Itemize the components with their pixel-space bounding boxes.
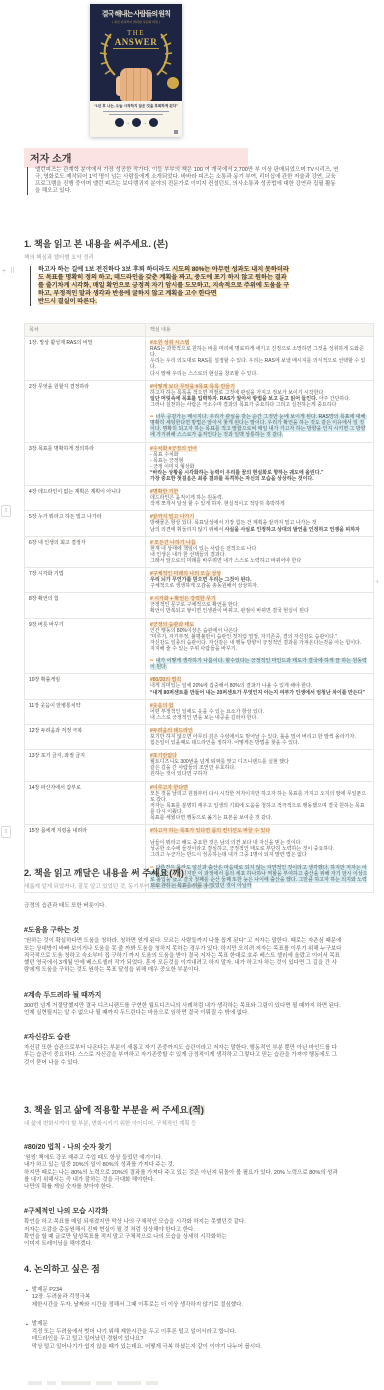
chapter-title-cell[interactable]: 12장 두려움과 걱정 극복 bbox=[25, 724, 146, 749]
table-header-row: 목차 핵심 내용 bbox=[25, 324, 374, 337]
table-row: 6장 내 인생의 최고 결정자 # 모든건 나하기 나름현재 내 상태에 책임이… bbox=[25, 536, 374, 567]
section1-subtitle[interactable]: 책의 핵심과 챕터별 요약 정리 bbox=[24, 253, 364, 261]
arrow-icon: → bbox=[126, 120, 130, 125]
diagram-circle bbox=[115, 118, 124, 127]
diagram-circle bbox=[132, 118, 141, 127]
chapter-content-cell[interactable]: #웃음의 힘어떤 부정적인 일에도 웃을 수 있는 요소가 항상 있다.내 스스… bbox=[146, 699, 374, 724]
fist-graphic bbox=[120, 68, 152, 101]
chapter-content-cell[interactable]: #끝까지 밀고 나가기방해물은 항상 있다. 목표달성에서 가장 힘든 건 계획… bbox=[146, 511, 374, 536]
chapter-title-cell[interactable]: 8장 확언의 힘 bbox=[25, 593, 146, 618]
table-row: 5장 누가 뭐라고 하든 밀고 나가라 #끝까지 밀고 나가기방해물은 항상 있… bbox=[25, 511, 374, 536]
arrow-icon: → bbox=[143, 120, 147, 125]
chapter-title-cell[interactable]: 2장 무엇을 원할지 결정하라 bbox=[25, 380, 146, 442]
book-cover-front: 결국 해내는 사람들의 원칙 | 최신 뇌과학이 밝혀낸 성공의 비밀 | TH… bbox=[90, 4, 182, 101]
book-cover-image[interactable]: 결국 해내는 사람들의 원칙 | 최신 뇌과학이 밝혀낸 성공의 비밀 | TH… bbox=[90, 4, 182, 137]
summary-callout-block[interactable]: 하고자 하는 길에 1보 전진하다 3보 후퇴 하더라도 시도의 80%는 아무… bbox=[30, 266, 354, 306]
note-block[interactable]: #도움을 구하는 것 “원하는 것이 확실하다면 도움을 청하라. 청하면 얻게… bbox=[24, 925, 342, 974]
chapter-title-cell[interactable]: 14장 파산자에서 갑부로 bbox=[25, 781, 146, 825]
chapter-content-cell[interactable]: #구체적인 미래의 나의 모습 상상우리 뇌가 무언가를 믿으면 우리는 그것이… bbox=[146, 568, 374, 593]
table-row: 1장. 망상 활성계 RAS의 비밀 #소원 성취 시스템RAS는 과학적으로 … bbox=[25, 337, 374, 381]
table-row: 12장 두려움과 걱정 극복 #두려움의 데드라인포기만 하지 않으면 아무리 … bbox=[25, 724, 374, 749]
note-block[interactable]: #80/20 법칙 - 나의 숫자 찾기 ‘원씽’ 책에도 강조 해주고 수업 … bbox=[24, 1142, 342, 1191]
chapter-content-cell[interactable]: #포기란없다월트디즈니도 300번을 넘게 퇴짜를 맞고 디즈니랜드를 실현 했… bbox=[146, 750, 374, 781]
chapter-title-cell[interactable]: 11장 웃음이 만병통치약 bbox=[25, 699, 146, 724]
cut-off-text-line bbox=[28, 1381, 158, 1385]
table-row: 13장 포기 금지, 좌절 금지 #포기란없다월트디즈니도 300번을 넘게 퇴… bbox=[25, 750, 374, 781]
chapter-title-cell[interactable]: 13장 포기 금지, 좌절 금지 bbox=[25, 750, 146, 781]
chapter-content-cell[interactable]: #소원 성취 시스템RAS는 과학적으로 원하는 바를 머리에 명료하게 새기고… bbox=[146, 337, 374, 381]
chapter-content-cell[interactable]: # 모든건 나하기 나름현재 내 상태에 책임이 있는 사람은 전적으로 나다내… bbox=[146, 536, 374, 567]
note-block[interactable]: #자신감도 습관 자신감 또한 습관으로부터 나온다는 부분이 새롭고 자기 존… bbox=[24, 1032, 342, 1067]
section3-title[interactable]: 3. 책을 읽고 삶에 적용할 부분을 써 주세요(적) bbox=[24, 1103, 342, 1116]
section2-intro[interactable]: 긍정의 습관과 태도 또한 버릇이다. bbox=[24, 903, 342, 910]
chapter-content-cell[interactable]: #이루고자 한다면모든 것을 날리고 원점부터 다시 시작한 저자이지만 하고자… bbox=[146, 781, 374, 825]
chapter-content-cell[interactable]: #긍정의 습관과 태도인간 행동의 80%이상은 습관에서 나온다“미루기, 자… bbox=[146, 618, 374, 674]
list-item-text: 발제문 P23412장. 두려움과 걱정극복제한시간을 두자. 날짜와 시간을 … bbox=[32, 1287, 243, 1309]
table-row: 11장 웃음이 만병통치약 #웃음의 힘어떤 부정적인 일에도 웃을 수 있는 … bbox=[25, 699, 374, 724]
note-block[interactable]: #계속 두드려라 될 때까지 300번 넘게 거절당했지만 결국 디즈니랜드를 … bbox=[24, 990, 342, 1018]
note-heading: #80/20 법칙 - 나의 숫자 찾기 bbox=[24, 1142, 342, 1152]
table-row: 4장 데드라인이 없는 계획은 계획이 아니다 #명확한 기한데드라인은 움직이… bbox=[25, 486, 374, 511]
section3-subtitle[interactable]: 내 삶에 변화시켜야 할 부분, 변화시키기 위한 아이디어, 구체적인 계획 … bbox=[24, 1119, 342, 1127]
cover-diagram: →→ bbox=[90, 118, 182, 127]
add-column-icon[interactable]: + bbox=[375, 577, 380, 586]
note-body: 자신감 또한 습관으로부터 나온다는 부분이 새롭고 자기 존중까지도 습관이라… bbox=[24, 1045, 342, 1067]
chapter-title-cell[interactable]: 3장 목표를 명확하게 정의하라 bbox=[25, 442, 146, 486]
section2-title-text: 2. 책을 읽고 깨달은 내용을 써 주세요 bbox=[24, 868, 168, 878]
cover-quote: “1년 후 나는, 오늘 시작하지 않은 것을 후회하게 된다” bbox=[90, 104, 182, 109]
table-row: 3장 목표를 명확하게 정의하라 #수치화 #긍정의 언어- 목표 수치화- 목… bbox=[25, 442, 374, 486]
table-drag-handle-icon[interactable]: ⠿ bbox=[1, 505, 11, 517]
chapter-title-cell[interactable]: 5장 누가 뭐라고 하든 밀고 나가라 bbox=[25, 511, 146, 536]
diagram-circle bbox=[149, 118, 158, 127]
drag-handle-icon[interactable]: ⠿ bbox=[10, 268, 16, 275]
list-item[interactable]: ▪ 발제문걱정 또는 두려움에서 벗어 나기 위해 제한시간을 두고 이후론 털… bbox=[24, 1321, 352, 1351]
note-heading: #도움을 구하는 것 bbox=[24, 925, 342, 935]
publisher-mark bbox=[174, 130, 178, 134]
table-row: 2장 무엇을 원할지 결정하라 #어떻게 보다 무엇을 #목표 목록 만들기하고… bbox=[25, 380, 374, 442]
chapter-content-cell[interactable]: #두려움의 데드라인포기만 하지 않으면 아무리 깊은 수렁에서도 벗어날 수 … bbox=[146, 724, 374, 749]
chapter-content-cell[interactable]: #명확한 기한데드라인은 움직이게 하는 원동력.작게 쪼개서 달성 할 수 있… bbox=[146, 486, 374, 511]
cover-fineprint-line bbox=[109, 114, 163, 115]
section1-title[interactable]: 1. 책을 읽고 본 내용을 써주세요. (본) bbox=[24, 237, 364, 250]
section2-subtitle[interactable]: 새롭게 알게 되었거나, 잘못 알고 있었던 것, 동기부여 받은 거, 가치관… bbox=[24, 882, 342, 890]
book-cover-bottom: “1년 후 나는, 오늘 시작하지 않은 것을 후회하게 된다” →→ bbox=[90, 101, 182, 137]
table-row: 8장 확언의 힘 # 시각화 + 확언은 강력한 무기긍정적인 문구로 구체적으… bbox=[25, 593, 374, 618]
list-item[interactable]: ▪ 발제문 P23412장. 두려움과 걱정극복제한시간을 두자. 날짜와 시간… bbox=[24, 1287, 352, 1309]
chapter-content-cell[interactable]: #어떻게 보다 무엇을 #목표 목록 만들기하고자 하는 목록을 적으면 저절로… bbox=[146, 380, 374, 442]
chapter-title-cell[interactable]: 4장 데드라인이 없는 계획은 계획이 아니다 bbox=[25, 486, 146, 511]
chapter-title-cell[interactable]: 10장 확률게임 bbox=[25, 674, 146, 699]
section3-title-tag: (적) bbox=[188, 1105, 205, 1115]
note-block[interactable]: #구체적인 나의 모습 시각화 확언을 하고 목표를 매일 되새겼지만 막상 나… bbox=[24, 1206, 342, 1248]
table-drag-handle-icon[interactable]: ⠿ bbox=[1, 826, 11, 838]
cover-fineprint-line bbox=[103, 111, 169, 112]
chapter-title-cell[interactable]: 9장 버릇 바꾸기 bbox=[25, 618, 146, 674]
bullet-icon: ▪ bbox=[26, 1322, 28, 1351]
book-subtitle: | 최신 뇌과학이 밝혀낸 성공의 비밀 | bbox=[90, 20, 182, 24]
section1-header: 1. 책을 읽고 본 내용을 써주세요. (본) 책의 핵심과 챕터별 요약 정… bbox=[24, 237, 364, 261]
note-body: ‘원씽’ 책에도 강조 해주고 수업 때도 항상 들었던 얘기이다.내가 하고 … bbox=[24, 1155, 342, 1191]
section2-title[interactable]: 2. 책을 읽고 깨달은 내용을 써 주세요(깨) bbox=[24, 866, 342, 879]
chapter-content-cell[interactable]: #80/20의 법칙내게 의미있는 일에 20%에 집중해서 80%의 결과가 … bbox=[146, 674, 374, 699]
note-heading: #구체적인 나의 모습 시각화 bbox=[24, 1206, 342, 1216]
section3-title-text: 3. 책을 읽고 삶에 적용할 부분을 써 주세요 bbox=[24, 1105, 188, 1115]
list-item-text: 발제문걱정 또는 두려움에서 벗어 나기 위해 제한시간을 두고 이후론 털고 … bbox=[32, 1321, 262, 1351]
chapter-title-cell[interactable]: 6장 내 인생의 최고 결정자 bbox=[25, 536, 146, 567]
table-header-content[interactable]: 핵심 내용 bbox=[146, 324, 374, 337]
chapter-summary-table: 목차 핵심 내용 1장. 망상 활성계 RAS의 비밀 #소원 성취 시스템RA… bbox=[24, 323, 374, 893]
note-body: 300번 넘게 거절당했지만 결국 디즈니랜드를 구현한 월트디즈니의 사례처럼… bbox=[24, 1003, 342, 1018]
section4-title[interactable]: 4. 논의하고 싶은 점 bbox=[24, 1262, 352, 1275]
section3: 3. 책을 읽고 삶에 적용할 부분을 써 주세요(적) 내 삶에 변화시켜야 … bbox=[24, 1103, 342, 1248]
note-body: 확언을 하고 목표를 매일 되새겼지만 막상 나의 구체적인 모습을 시각화 하… bbox=[24, 1219, 342, 1248]
chapter-content-cell[interactable]: # 시각화 + 확언은 강력한 무기긍정적인 문구로 구체적으로 확언을 한다.… bbox=[146, 593, 374, 618]
note-body: “원하는 것이 확실하다면 도움을 청하라. 청하면 얻게 된다. 모르는 사람… bbox=[24, 938, 342, 974]
chapter-content-cell[interactable]: #수치화 #긍정의 언어- 목표 수치화- 목표는 긍정형- 긍정 이미지 형상… bbox=[146, 442, 374, 486]
table-row: 9장 버릇 바꾸기 #긍정의 습관과 태도인간 행동의 80%이상은 습관에서 … bbox=[25, 618, 374, 674]
book-title: 결국 해내는 사람들의 원칙 bbox=[90, 4, 182, 19]
author-section-heading[interactable]: 저자 소개 bbox=[24, 148, 248, 168]
gold-badge-icon bbox=[167, 77, 179, 89]
chapter-title-cell[interactable]: 1장. 망상 활성계 RAS의 비밀 bbox=[25, 337, 146, 381]
chapter-title-cell[interactable]: 7장 시각화 기법 bbox=[25, 568, 146, 593]
section4: 4. 논의하고 싶은 점 ▪ 발제문 P23412장. 두려움과 걱정극복제한시… bbox=[24, 1262, 352, 1351]
table-row: 7장 시각화 기법 #구체적인 미래의 나의 모습 상상우리 뇌가 무언가를 믿… bbox=[25, 568, 374, 593]
section2-title-tag: (깨) bbox=[168, 868, 185, 878]
note-heading: #계속 두드려라 될 때까지 bbox=[24, 990, 342, 1000]
section2: 2. 책을 읽고 깨달은 내용을 써 주세요(깨) 새롭게 알게 되었거나, 잘… bbox=[24, 866, 342, 1067]
note-heading: #자신감도 습관 bbox=[24, 1032, 342, 1042]
author-quote-block[interactable]: 앨런피즈는 관계학 분야에서 가장 성공한 작가다. 이들 부부의 책은 100… bbox=[27, 167, 339, 195]
table-header-toc[interactable]: 목차 bbox=[25, 324, 146, 337]
block-handle[interactable]: + ⠿ bbox=[2, 267, 16, 275]
add-block-icon[interactable]: + bbox=[2, 268, 7, 275]
bullet-icon: ▪ bbox=[26, 1288, 28, 1309]
table-row: 10장 확률게임 #80/20의 법칙내게 의미있는 일에 20%에 집중해서 … bbox=[25, 674, 374, 699]
table-row: 14장 파산자에서 갑부로 #이루고자 한다면모든 것을 날리고 원점부터 다시… bbox=[25, 781, 374, 825]
